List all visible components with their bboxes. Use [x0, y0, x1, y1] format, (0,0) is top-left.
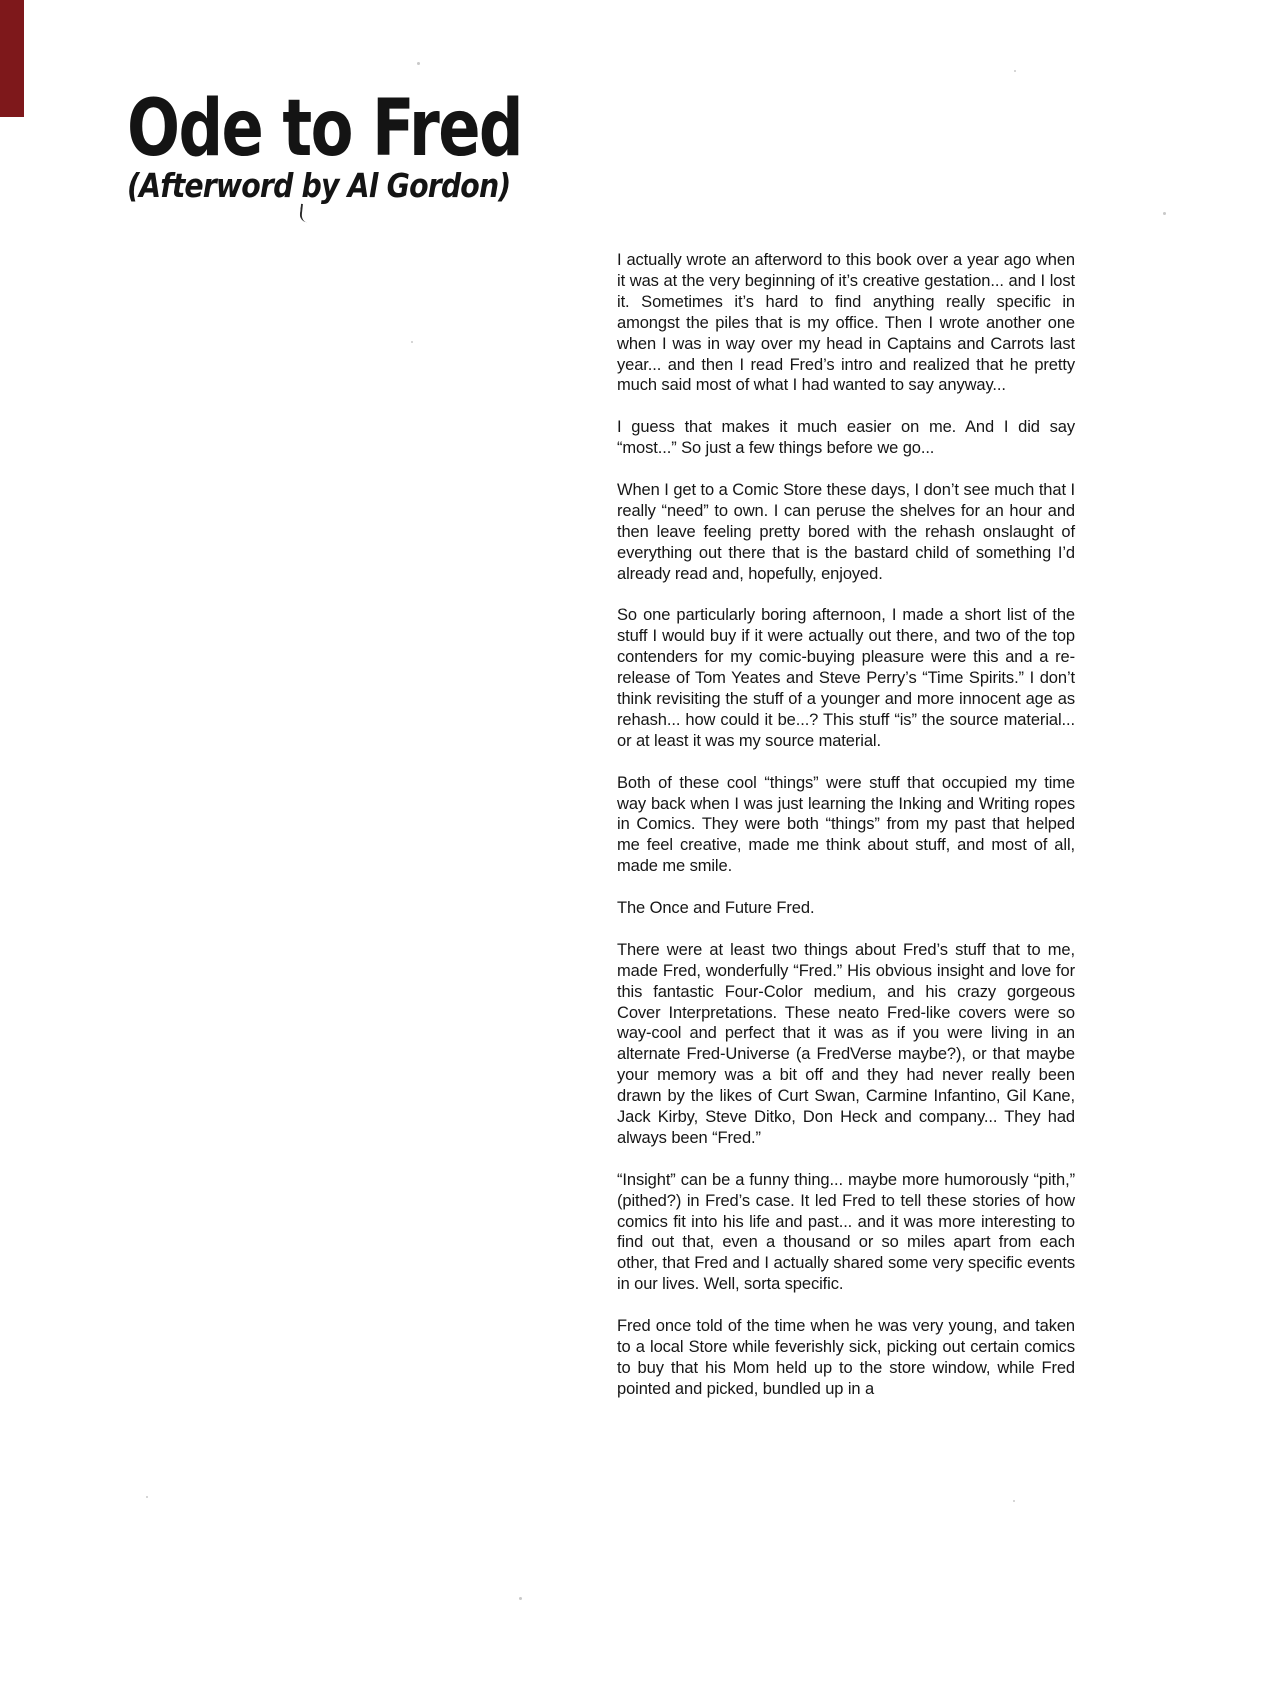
scanned-book-page: Ode to Fred (Afterword by Al Gordon) I a…	[0, 0, 1280, 1705]
body-paragraph: There were at least two things about Fre…	[617, 940, 1075, 1149]
body-paragraph: When I get to a Comic Store these days, …	[617, 480, 1075, 585]
afterword-text-column: I actually wrote an afterword to this bo…	[617, 250, 1075, 1421]
scan-speck	[417, 62, 420, 65]
scan-speck	[1163, 212, 1166, 215]
body-paragraph: “Insight” can be a funny thing... maybe …	[617, 1170, 1075, 1295]
body-paragraph: So one particularly boring afternoon, I …	[617, 605, 1075, 751]
body-paragraph: Fred once told of the time when he was v…	[617, 1316, 1075, 1400]
page-title: Ode to Fred	[127, 90, 522, 168]
scan-artifact	[299, 204, 309, 223]
scan-speck	[1014, 70, 1016, 72]
body-paragraph: I actually wrote an afterword to this bo…	[617, 250, 1075, 396]
body-paragraph: The Once and Future Fred.	[617, 898, 1075, 919]
scan-speck	[411, 341, 413, 343]
page-header: Ode to Fred (Afterword by Al Gordon)	[127, 90, 621, 204]
scan-speck	[146, 1496, 148, 1498]
page-subtitle: (Afterword by Al Gordon)	[127, 169, 552, 204]
scan-edge-artifact	[0, 0, 24, 117]
body-paragraph: Both of these cool “things” were stuff t…	[617, 773, 1075, 878]
body-paragraph: I guess that makes it much easier on me.…	[617, 417, 1075, 459]
scan-speck	[519, 1597, 522, 1600]
scan-speck	[1013, 1500, 1015, 1502]
